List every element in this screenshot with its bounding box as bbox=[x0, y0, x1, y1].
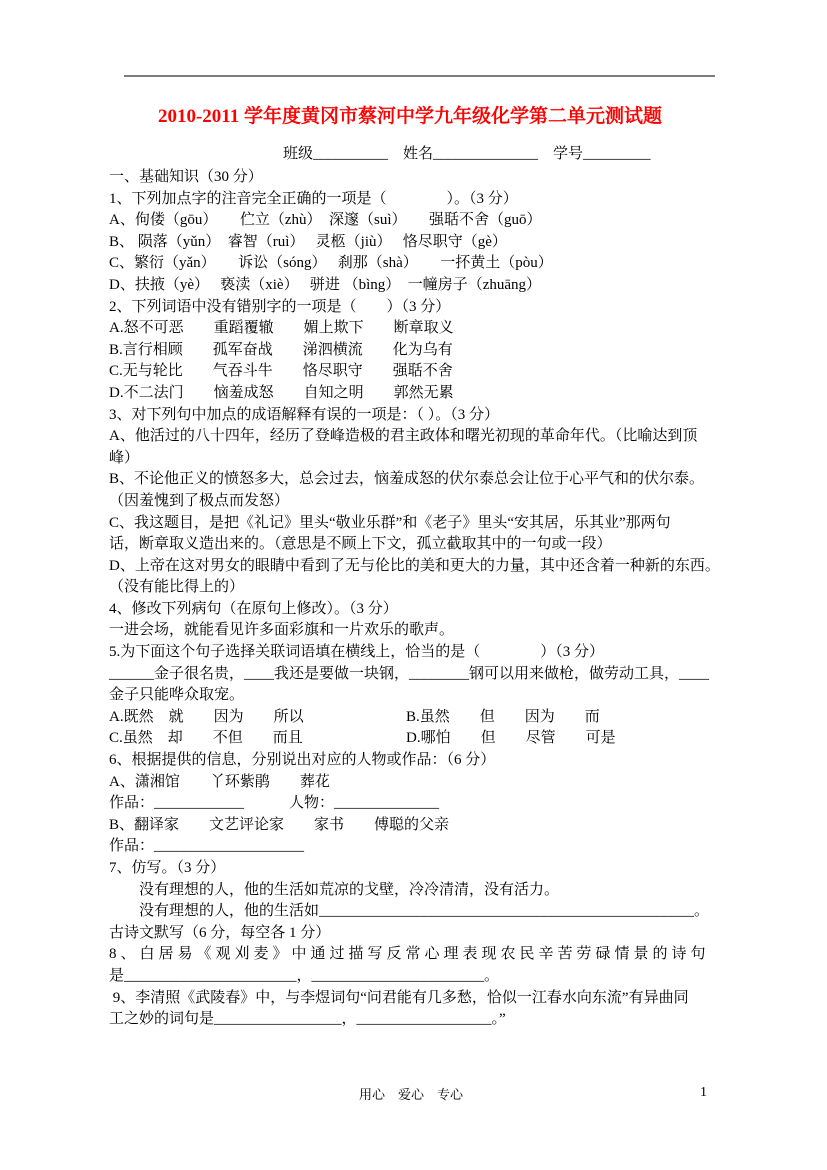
doc-line: 一、基础知识（30 分） bbox=[109, 167, 749, 189]
doc-line: 是_______________________，_______________… bbox=[109, 966, 749, 988]
student-info-line: 班级__________ 姓名______________ 学号________… bbox=[283, 144, 651, 164]
doc-line: 古诗文默写（6 分，每空各 1 分） bbox=[109, 923, 749, 945]
doc-line: 7、仿写。（3 分） bbox=[109, 858, 749, 880]
doc-line: 作品：____________________ bbox=[109, 836, 749, 858]
doc-line: 8、白居易《观刈麦》中通过描写反常心理表现农民辛苦劳碌情景的诗句 bbox=[109, 944, 749, 966]
page-number: 1 bbox=[700, 1085, 707, 1101]
doc-line: 没有理想的人，他的生活如____________________________… bbox=[109, 901, 749, 923]
doc-line: 1、下列加点字的注音完全正确的一项是（ ）。（3 分） bbox=[109, 189, 749, 211]
doc-line: 2、下列词语中没有错别字的一项是（ ）（3 分） bbox=[109, 297, 749, 319]
doc-line: B、翻译家 文艺评论家 家书 傅聪的父亲 bbox=[109, 815, 749, 837]
doc-line: 工之妙的词句是_________________，_______________… bbox=[109, 1009, 749, 1031]
document-page: 2010-2011 学年度黄冈市蔡河中学九年级化学第二单元测试题 班级_____… bbox=[0, 0, 827, 1170]
doc-line: 6、根据提供的信息，分别说出对应的人物或作品：（6 分） bbox=[109, 750, 749, 772]
doc-line: A.怒不可恶 重蹈覆辙 媚上欺下 断章取义 bbox=[109, 318, 749, 340]
doc-line: D、扶掖（yè） 亵渎（xiè） 骈进 （bìng） 一幢房子（zhuāng） bbox=[109, 275, 749, 297]
doc-line: （没有能比得上的） bbox=[109, 577, 749, 599]
doc-line: 3、对下列句中加点的成语解释有误的一项是：（ ）。（3 分） bbox=[109, 405, 749, 427]
page-title: 2010-2011 学年度黄冈市蔡河中学九年级化学第二单元测试题 bbox=[80, 105, 740, 129]
doc-line: C、繁衍（yǎn） 诉讼（sóng） 刹那（shà） 一抔黄土（pòu） bbox=[109, 253, 749, 275]
doc-line: 金子只能哗众取宠。 bbox=[109, 685, 749, 707]
doc-line: 5.为下面这个句子选择关联词语填在横线上，恰当的是（ ）（3 分） bbox=[109, 642, 749, 664]
doc-line: 4、修改下列病句（在原句上修改）。（3 分） bbox=[109, 599, 749, 621]
doc-line: C.虽然 却 不但 而且D.哪怕 但 尽管 可是 bbox=[109, 728, 749, 750]
doc-line: A、佝偻（gōu） 伫立（zhù） 深邃（suì） 强聒不舍（guō） bbox=[109, 210, 749, 232]
doc-line: A、潇湘馆 丫环紫鹃 葬花 bbox=[109, 772, 749, 794]
doc-line: 峰） bbox=[109, 448, 749, 470]
footer-motto: 用心 爱心 专心 bbox=[109, 1087, 713, 1103]
doc-line: B、 陨落（yǔn） 睿智（ruì） 灵柩（jiù） 恪尽职守（gè） bbox=[109, 232, 749, 254]
doc-line: ______金子很名贵，____我还是要做一块钢，________钢可以用来做枪… bbox=[109, 664, 749, 686]
doc-line: 没有理想的人，他的生活如荒凉的戈壁，冷冷清清，没有活力。 bbox=[109, 880, 749, 902]
doc-line: （因羞愧到了极点而发怒） bbox=[109, 491, 749, 513]
doc-line: D.不二法门 恼羞成怒 自知之明 郭然无累 bbox=[109, 383, 749, 405]
doc-line-col: C.虽然 却 不但 而且 bbox=[109, 728, 406, 750]
doc-line: C、我这题目，是把《礼记》里头“敬业乐群”和《老子》里头“安其居，乐其业”那两句 bbox=[109, 513, 749, 535]
doc-line: 话，断章取义造出来的。（意思是不顾上下文，孤立截取其中的一句或一段） bbox=[109, 534, 749, 556]
doc-line: B、不论他正义的愤怒多大，总会过去，恼羞成怒的伏尔泰总会让位于心平气和的伏尔泰。 bbox=[109, 469, 749, 491]
header-rule bbox=[124, 75, 715, 77]
doc-line: A、他活过的八十四年，经历了登峰造极的君主政体和曙光初现的革命年代。（比喻达到顶 bbox=[109, 426, 749, 448]
doc-line-col: B.虽然 但 因为 而 bbox=[406, 707, 600, 729]
doc-line: B.言行相顾 孤军奋战 涕泗横流 化为乌有 bbox=[109, 340, 749, 362]
doc-line-col: A.既然 就 因为 所以 bbox=[109, 707, 406, 729]
doc-line: 9、李清照《武陵春》中，与李煜词句“问君能有几多愁，恰似一江春水向东流”有异曲同 bbox=[109, 988, 749, 1010]
doc-line: 一进会场，就能看见许多面彩旗和一片欢乐的歌声。 bbox=[109, 620, 749, 642]
doc-line: 作品：____________ 人物：______________ bbox=[109, 793, 749, 815]
doc-line: D、上帝在这对男女的眼睛中看到了无与伦比的美和更大的力量，其中还含着一种新的东西… bbox=[109, 556, 749, 578]
document-body: 一、基础知识（30 分）1、下列加点字的注音完全正确的一项是（ ）。（3 分）A… bbox=[109, 167, 749, 1031]
doc-line-col: D.哪怕 但 尽管 可是 bbox=[406, 728, 616, 750]
doc-line: A.既然 就 因为 所以B.虽然 但 因为 而 bbox=[109, 707, 749, 729]
doc-line: C.无与轮比 气吞斗牛 恪尽职守 强聒不舍 bbox=[109, 361, 749, 383]
